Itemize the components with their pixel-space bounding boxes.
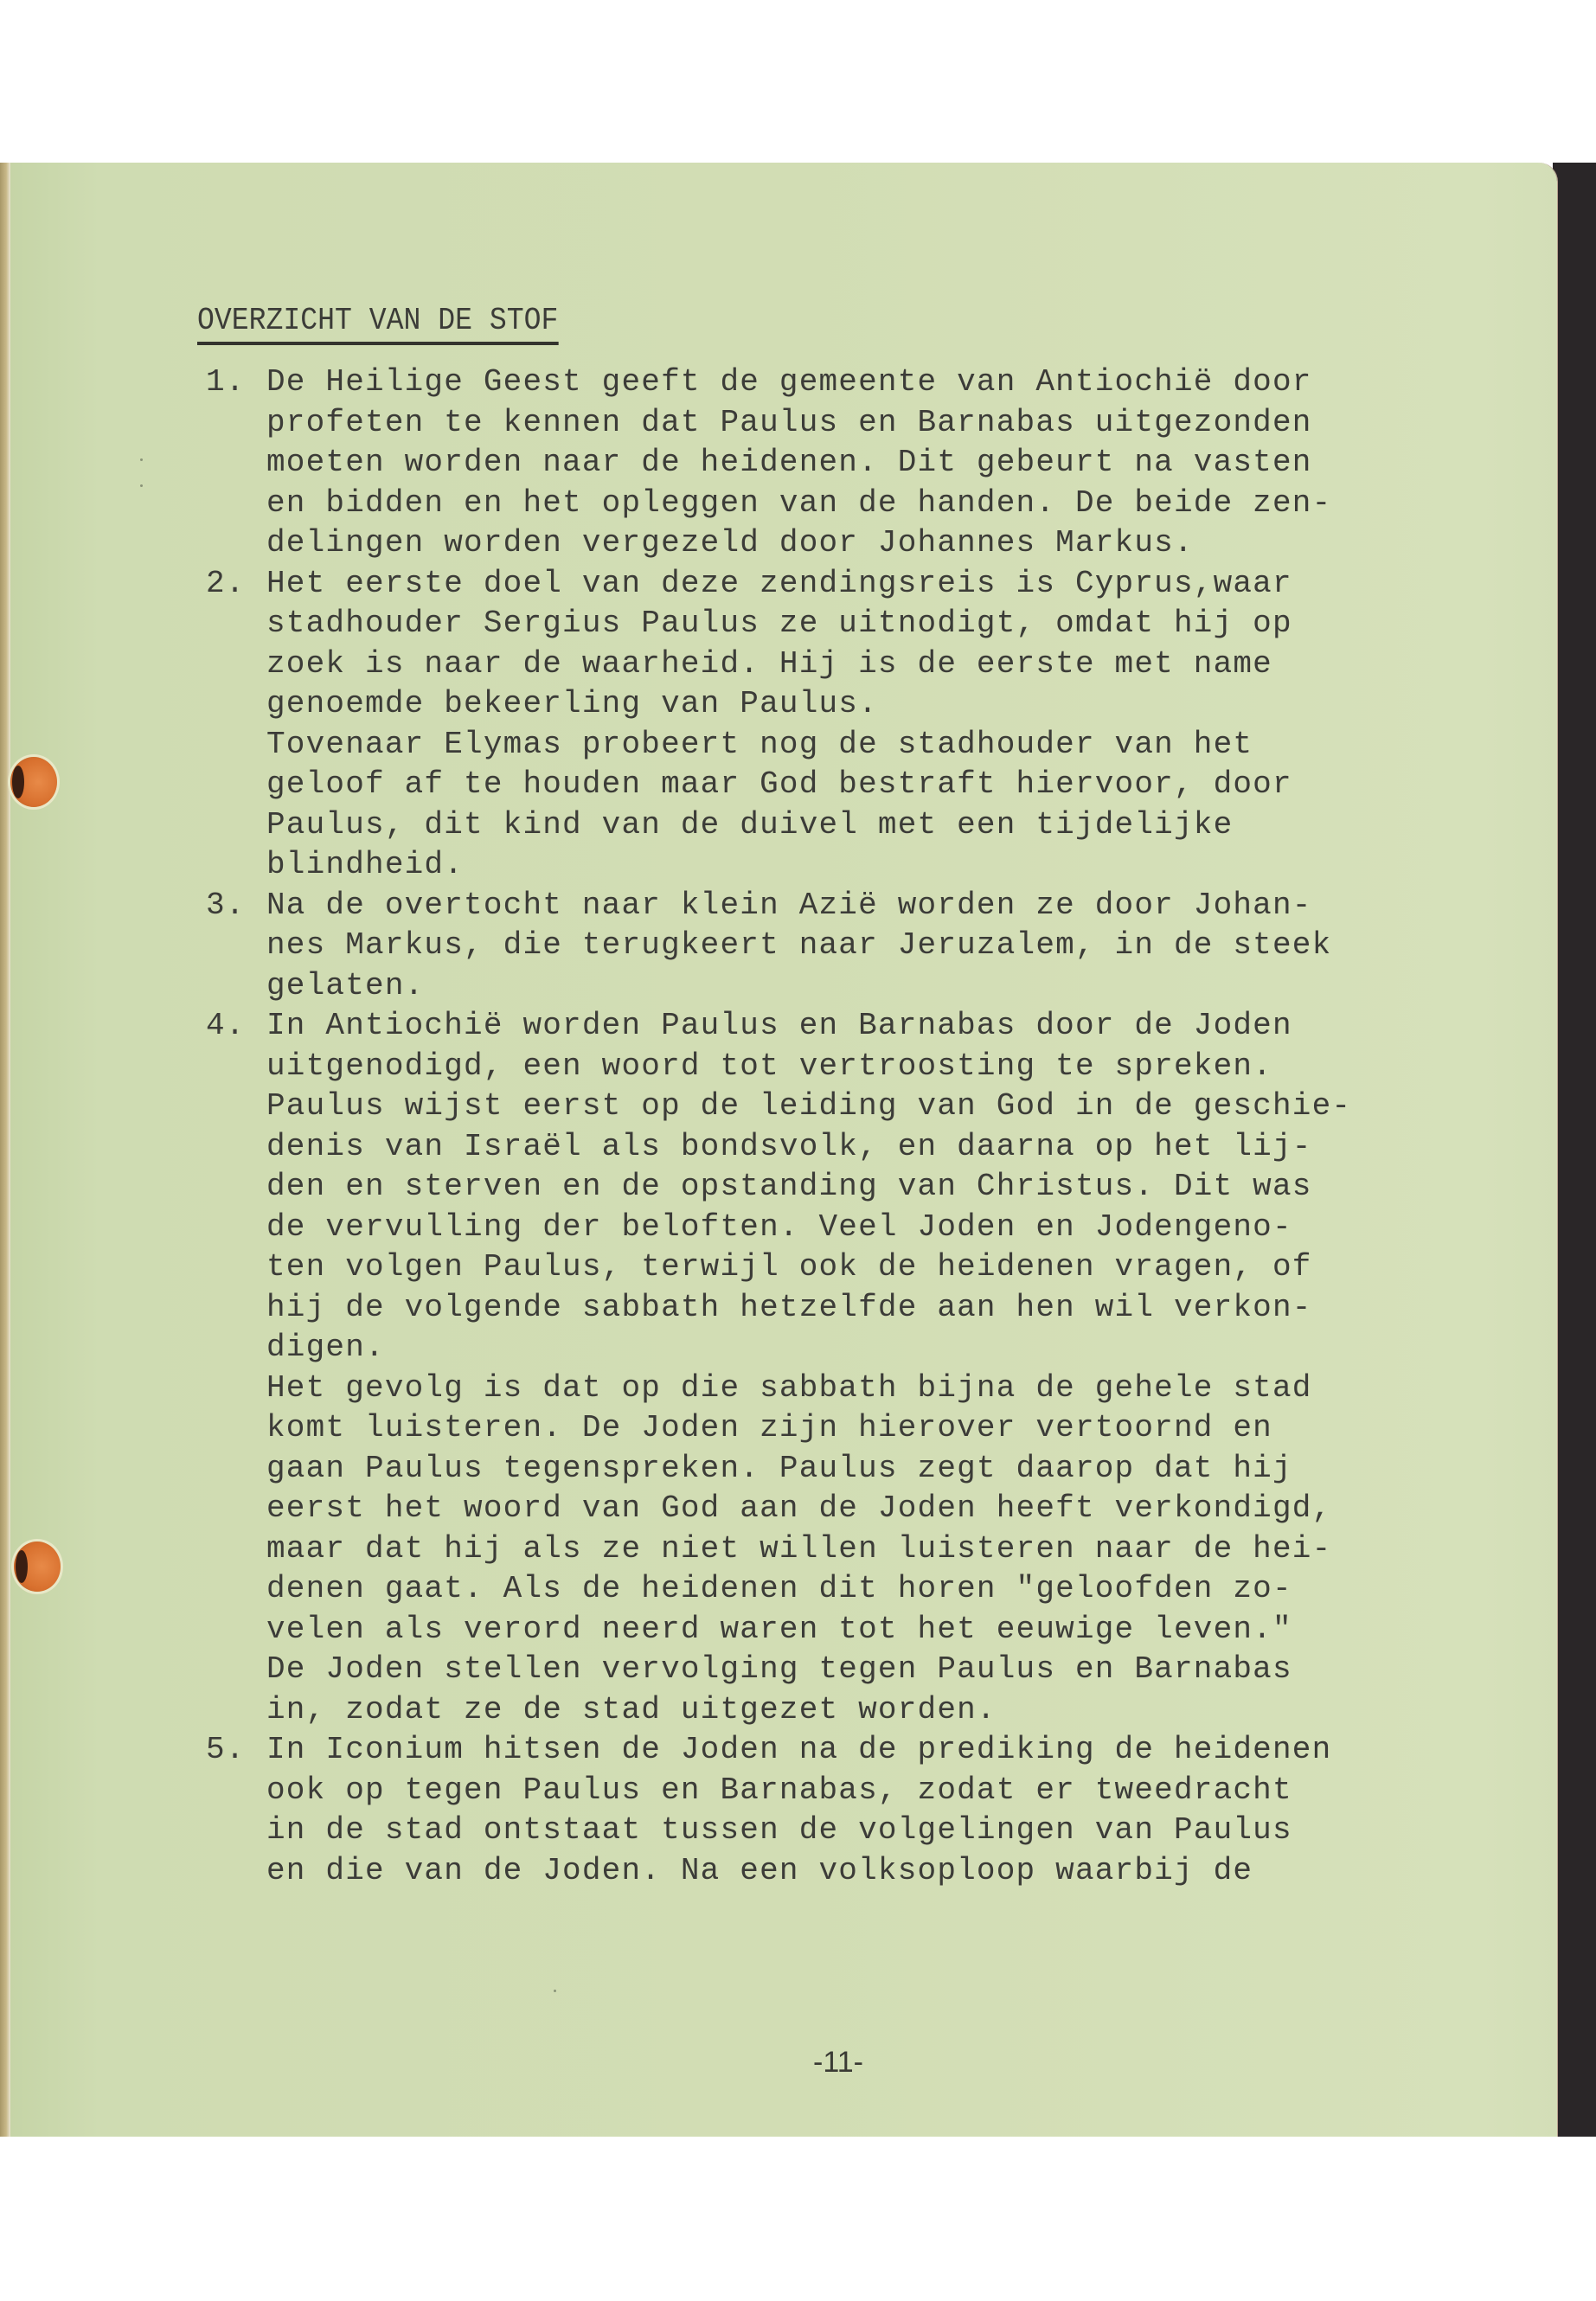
item-number: 3. — [206, 886, 246, 926]
text-line: in, zodat ze de stad uitgezet worden. — [266, 1690, 1408, 1731]
text-line: velen als verord neerd waren tot het eeu… — [266, 1610, 1408, 1650]
text-line: den en sterven en de opstanding van Chri… — [266, 1167, 1408, 1208]
list-item: 4.In Antiochië worden Paulus en Barnabas… — [197, 1006, 1408, 1730]
text-line: denis van Israël als bondsvolk, en daarn… — [266, 1127, 1408, 1168]
text-line: gelaten. — [266, 966, 1408, 1007]
text-line: Paulus wijst eerst op de leiding van God… — [266, 1086, 1408, 1127]
item-number: 2. — [206, 564, 246, 605]
text-line: genoemde bekeerling van Paulus. — [266, 684, 1408, 725]
binding-hole-top — [10, 757, 57, 807]
item-number: 1. — [206, 362, 246, 403]
text-line: en bidden en het opleggen van de handen.… — [266, 484, 1408, 524]
text-line: delingen worden vergezeld door Johannes … — [266, 523, 1408, 564]
text-line: de vervulling der beloften. Veel Joden e… — [266, 1208, 1408, 1248]
page-heading: OVERZICHT VAN DE STOF — [197, 303, 558, 345]
text-line: uitgenodigd, een woord tot vertroosting … — [266, 1047, 1408, 1087]
binding-edge — [0, 163, 10, 2137]
text-line: In Antiochië worden Paulus en Barnabas d… — [266, 1006, 1408, 1047]
text-line: blindheid. — [266, 845, 1408, 886]
text-line: Het eerste doel van deze zendingsreis is… — [266, 564, 1408, 605]
text-line: gaan Paulus tegenspreken. Paulus zegt da… — [266, 1449, 1408, 1490]
text-line: moeten worden naar de heidenen. Dit gebe… — [266, 443, 1408, 484]
text-line: profeten te kennen dat Paulus en Barnaba… — [266, 403, 1408, 444]
text-line: denen gaat. Als de heidenen dit horen "g… — [266, 1569, 1408, 1610]
text-line: ten volgen Paulus, terwijl ook de heiden… — [266, 1247, 1408, 1288]
paper-speck — [140, 458, 143, 461]
text-line: In Iconium hitsen de Joden na de prediki… — [266, 1730, 1408, 1771]
text-line: zoek is naar de waarheid. Hij is de eers… — [266, 644, 1408, 685]
document-body: OVERZICHT VAN DE STOF 1.De Heilige Geest… — [197, 303, 1408, 1891]
text-line: Het gevolg is dat op die sabbath bijna d… — [266, 1368, 1408, 1409]
text-line: De Heilige Geest geeft de gemeente van A… — [266, 362, 1408, 403]
text-line: komt luisteren. De Joden zijn hierover v… — [266, 1408, 1408, 1449]
text-line: ook op tegen Paulus en Barnabas, zodat e… — [266, 1771, 1408, 1811]
text-line: hij de volgende sabbath hetzelfde aan he… — [266, 1288, 1408, 1329]
list-item: 3.Na de overtocht naar klein Azië worden… — [197, 886, 1408, 1007]
text-line: eerst het woord van God aan de Joden hee… — [266, 1489, 1408, 1529]
list-item: 2.Het eerste doel van deze zendingsreis … — [197, 564, 1408, 886]
text-line: stadhouder Sergius Paulus ze uitnodigt, … — [266, 604, 1408, 644]
list-item: 5.In Iconium hitsen de Joden na de predi… — [197, 1730, 1408, 1891]
list-item: 1.De Heilige Geest geeft de gemeente van… — [197, 362, 1408, 564]
text-line: nes Markus, die terugkeert naar Jeruzale… — [266, 926, 1408, 966]
item-number: 5. — [206, 1730, 246, 1771]
dark-backing-strip — [1553, 163, 1596, 2137]
text-line: maar dat hij als ze niet willen luistere… — [266, 1529, 1408, 1570]
text-line: geloof af te houden maar God bestraft hi… — [266, 765, 1408, 805]
text-line: De Joden stellen vervolging tegen Paulus… — [266, 1650, 1408, 1690]
page-number: -11- — [813, 2046, 863, 2080]
item-number: 4. — [206, 1006, 246, 1047]
text-line: in de stad ontstaat tussen de volgelinge… — [266, 1811, 1408, 1851]
summary-list: 1.De Heilige Geest geeft de gemeente van… — [197, 362, 1408, 1891]
text-line: Tovenaar Elymas probeert nog de stadhoud… — [266, 725, 1408, 766]
text-line: Paulus, dit kind van de duivel met een t… — [266, 805, 1408, 846]
binding-hole-bottom — [14, 1541, 61, 1592]
text-line: digen. — [266, 1328, 1408, 1368]
text-line: en die van de Joden. Na een volksoploop … — [266, 1851, 1408, 1892]
text-line: Na de overtocht naar klein Azië worden z… — [266, 886, 1408, 926]
paper-speck — [140, 484, 143, 487]
paper-speck — [554, 1990, 556, 1992]
